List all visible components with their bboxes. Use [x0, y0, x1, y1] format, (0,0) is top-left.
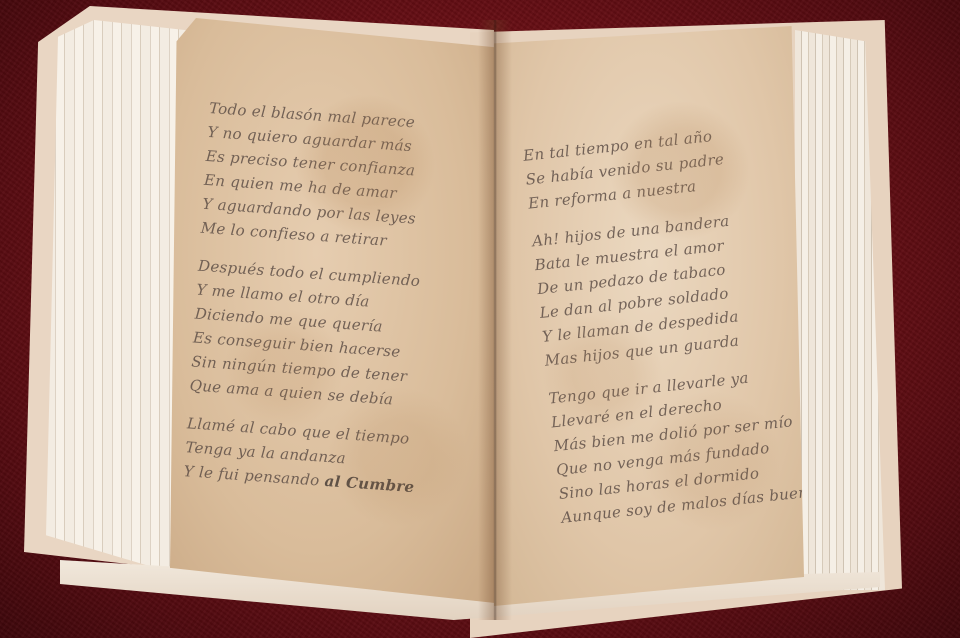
right-page-text: En tal tiempo en tal año Se había venido… [522, 116, 804, 530]
left-page: Todo el blasón mal parece Y no quiero ag… [170, 18, 495, 603]
open-book: Todo el blasón mal parece Y no quiero ag… [0, 0, 960, 638]
book-gutter [478, 20, 512, 620]
handwritten-text: Y le fui pensando [183, 462, 320, 489]
left-page-text: Todo el blasón mal parece Y no quiero ag… [183, 96, 441, 499]
signature: al Cumbre [324, 472, 415, 496]
right-page: En tal tiempo en tal año Se había venido… [494, 26, 804, 606]
